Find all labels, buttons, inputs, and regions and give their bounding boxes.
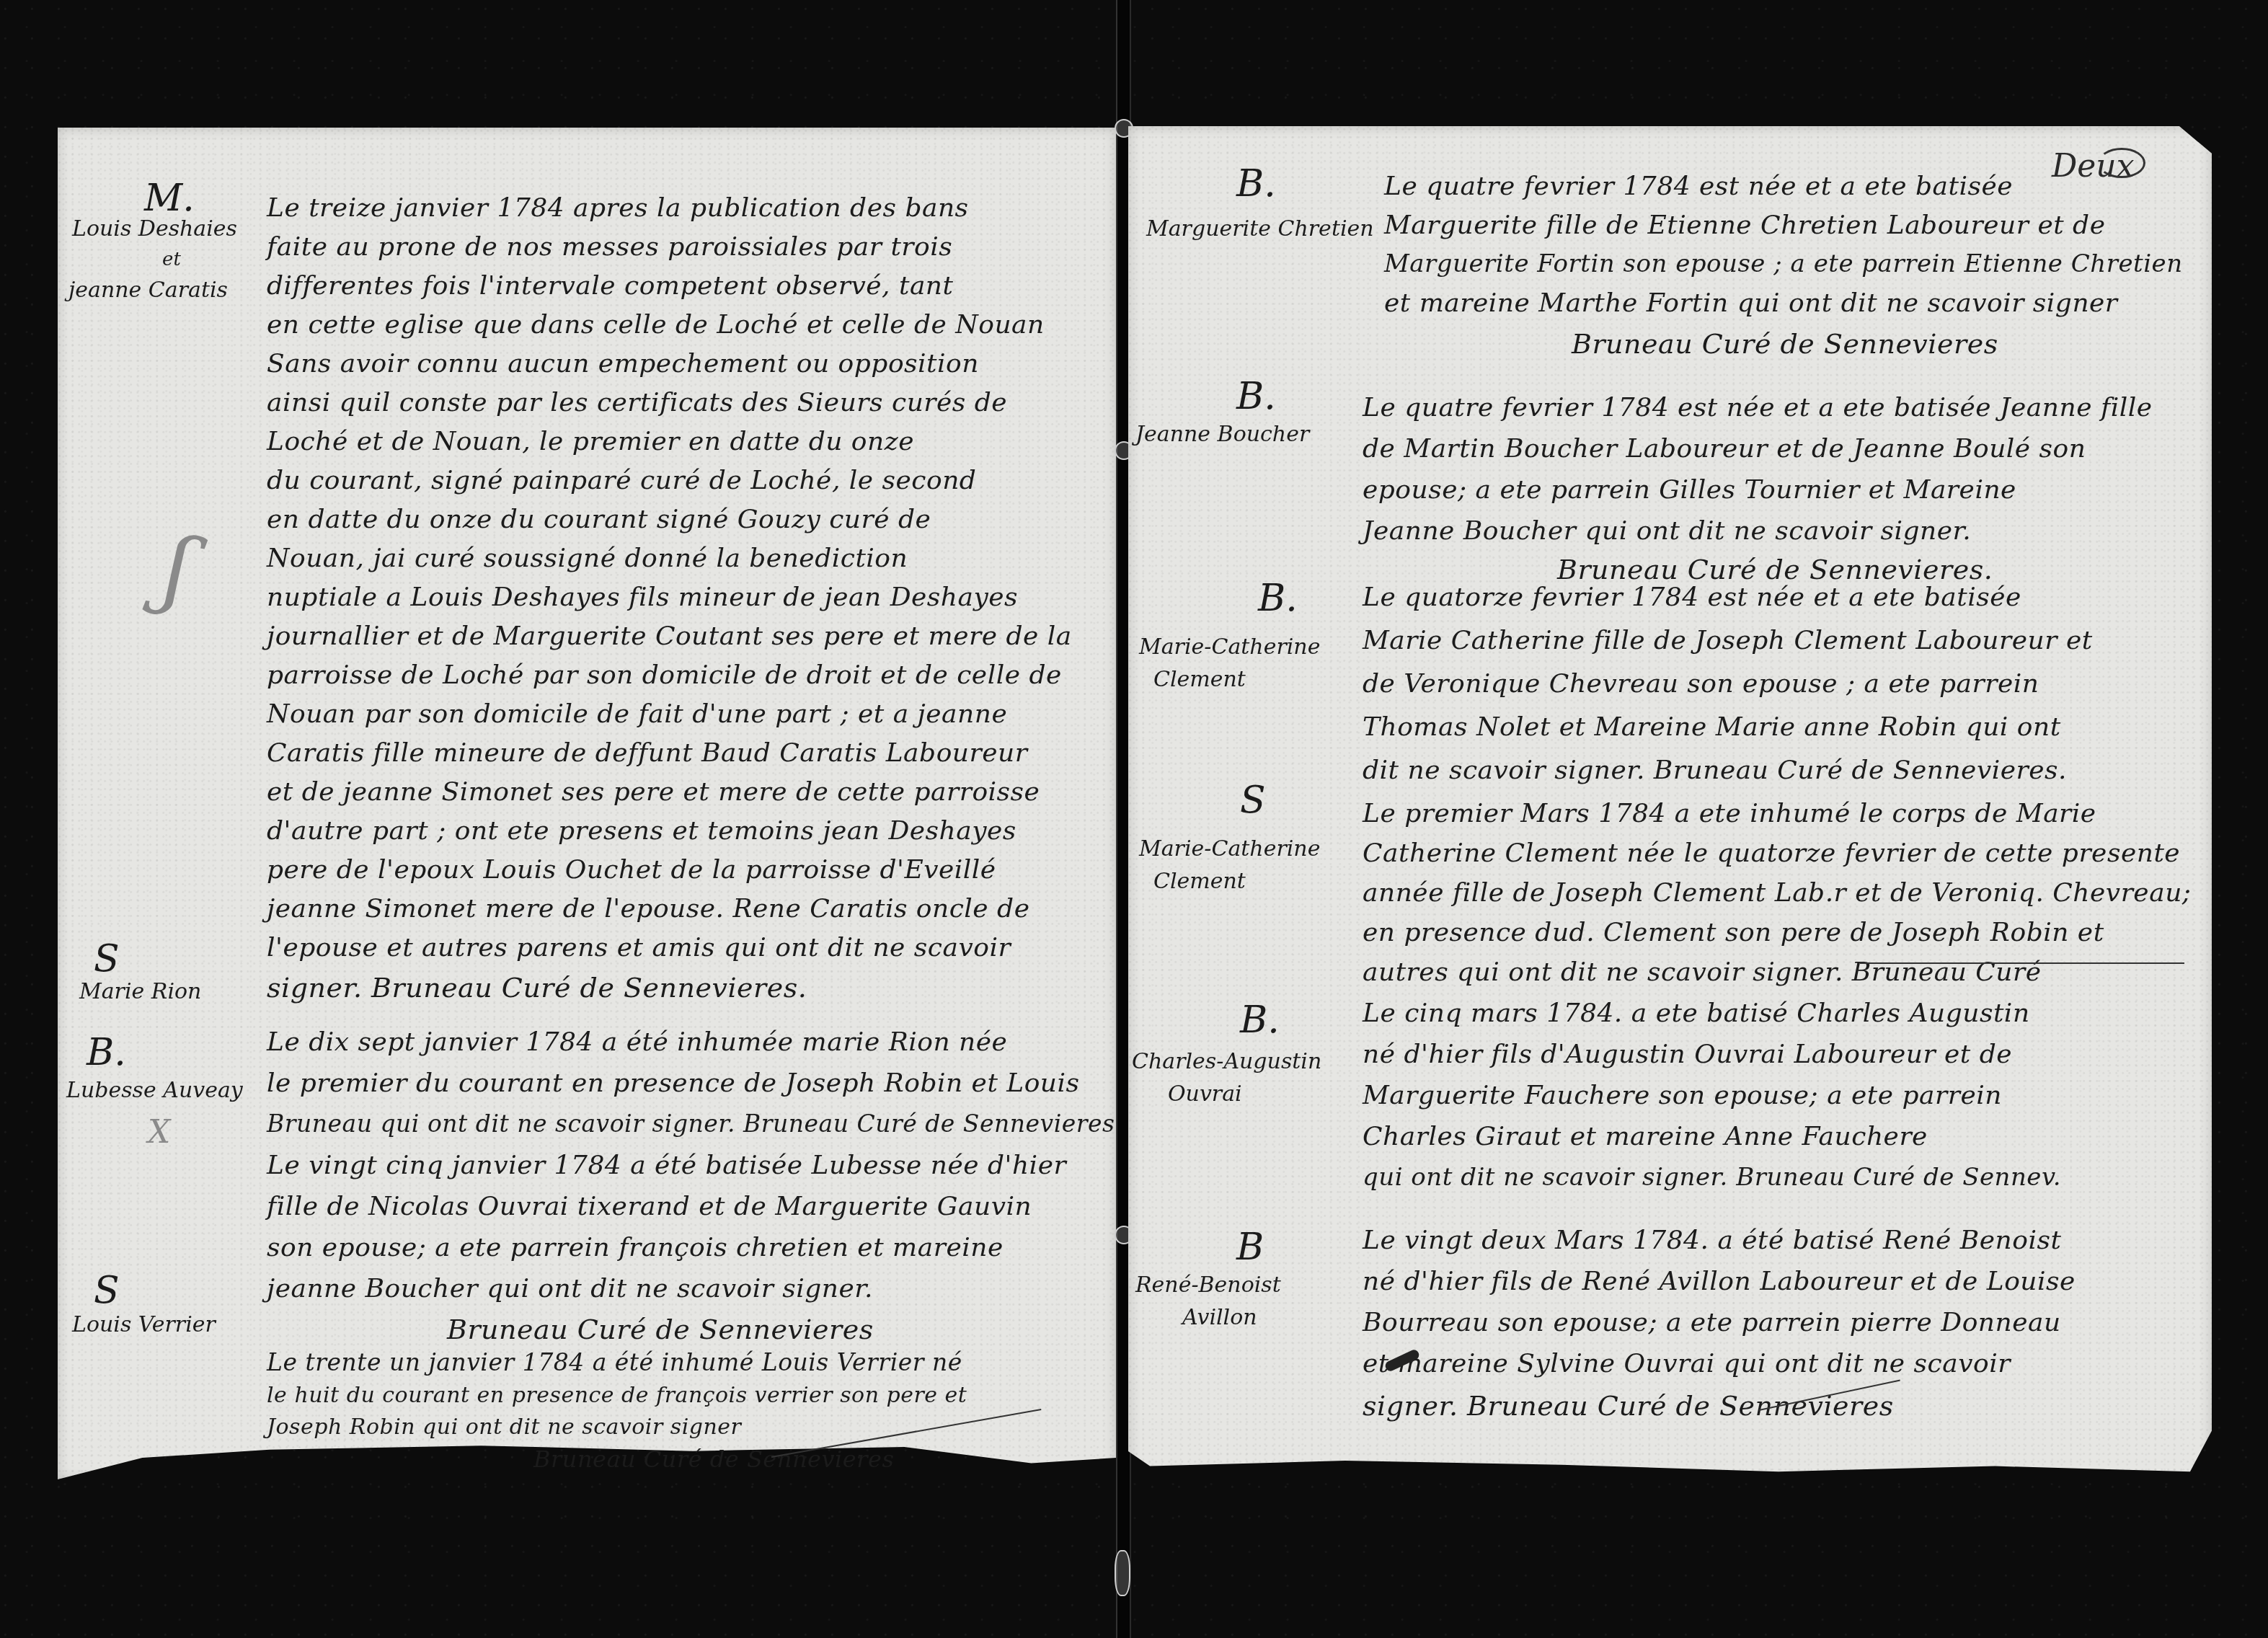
margin-name-conjunction: et xyxy=(162,249,181,270)
folio-flourish xyxy=(2098,148,2145,178)
entry-line: Le vingt cinq janvier 1784 a été batisée… xyxy=(267,1151,1066,1180)
margin-code-baptism: B. xyxy=(1240,999,1280,1042)
entry-line: Caratis fille mineure de deffunt Baud Ca… xyxy=(267,738,1027,768)
entry-line: pere de l'epoux Louis Ouchet de la parro… xyxy=(267,855,996,885)
entry-line: jeanne Boucher qui ont dit ne scavoir si… xyxy=(267,1274,873,1303)
entry-line: Le dix sept janvier 1784 a été inhumée m… xyxy=(267,1027,1007,1057)
entry-line: differentes fois l'intervale competent o… xyxy=(267,271,954,301)
entry-line: ainsi quil conste par les certificats de… xyxy=(267,388,1007,417)
margin-code-burial: S xyxy=(94,1269,120,1312)
entry-line: Marguerite fille de Etienne Chretien Lab… xyxy=(1384,211,2105,240)
entry-line: qui ont dit ne scavoir signer. Bruneau C… xyxy=(1363,1163,2061,1192)
entry-line: né d'hier fils d'Augustin Ouvrai Laboure… xyxy=(1363,1040,2012,1069)
entry-line: Bourreau son epouse; a ete parrein pierr… xyxy=(1363,1308,2061,1337)
entry-line: Le trente un janvier 1784 a été inhumé L… xyxy=(267,1348,962,1376)
entry-signature: signer. Bruneau Curé de Sennevieres. xyxy=(267,972,807,1004)
entry-line: et mareine Sylvine Ouvrai qui ont dit ne… xyxy=(1363,1349,2011,1378)
entry-line: de Veronique Chevreau son epouse ; a ete… xyxy=(1363,669,2039,699)
margin-code-baptism: B xyxy=(1236,1226,1264,1269)
entry-line: Marie Catherine fille de Joseph Clement … xyxy=(1363,626,2093,655)
margin-name-bride: jeanne Caratis xyxy=(68,278,228,303)
entry-line: Charles Giraut et mareine Anne Fauchere xyxy=(1363,1122,1928,1151)
margin-name: Clement xyxy=(1153,667,1246,692)
entry-line: Nouan par son domicile de fait d'une par… xyxy=(267,699,1007,729)
entry-signature: Bruneau Curé de Sennevieres xyxy=(1572,328,1998,360)
entry-line: Le quatre fevrier 1784 est née et a ete … xyxy=(1363,393,2153,422)
entry-line: l'epouse et autres parens et amis qui on… xyxy=(267,933,1011,962)
pencil-x-mark: X xyxy=(148,1114,170,1151)
entry-line: faite au prone de nos messes paroissiale… xyxy=(267,232,952,262)
entry-signature: Bruneau Curé de Sennevieres. xyxy=(1557,554,1993,585)
entry-line: né d'hier fils de René Avillon Laboureur… xyxy=(1363,1267,2076,1296)
entry-line: Le premier Mars 1784 a ete inhumé le cor… xyxy=(1363,799,2096,828)
margin-code-burial: S xyxy=(94,937,120,980)
entry-line: et de jeanne Simonet ses pere et mere de… xyxy=(267,777,1040,807)
entry-line: le huit du courant en presence de franço… xyxy=(267,1383,967,1408)
entry-line: en presence dud. Clement son pere de Jos… xyxy=(1363,918,2104,947)
entry-line: fille de Nicolas Ouvrai tixerand et de M… xyxy=(267,1192,1032,1221)
entry-line: Le treize janvier 1784 apres la publicat… xyxy=(267,193,969,223)
entry-line: Le vingt deux Mars 1784. a été batisé Re… xyxy=(1363,1226,2061,1255)
entry-line: Bruneau qui ont dit ne scavoir signer. B… xyxy=(267,1110,1115,1138)
margin-name: Marie Rion xyxy=(79,979,201,1004)
entry-line: Le quatorze fevrier 1784 est née et a et… xyxy=(1363,583,2021,612)
margin-code-baptism: B. xyxy=(87,1031,126,1074)
entry-line: son epouse; a ete parrein françois chret… xyxy=(267,1233,1004,1262)
entry-line: dit ne scavoir signer. Bruneau Curé de S… xyxy=(1363,756,2067,785)
entry-signature: signer. Bruneau Curé de Sennevieres xyxy=(1363,1390,1894,1422)
entry-line: d'autre part ; ont ete presens et temoin… xyxy=(267,816,1016,846)
entry-line: Joseph Robin qui ont dit ne scavoir sign… xyxy=(267,1415,741,1440)
margin-code-baptism: B. xyxy=(1236,162,1276,205)
entry-line: Nouan, jai curé soussigné donné la bened… xyxy=(267,544,908,573)
margin-name: Marguerite Chretien xyxy=(1146,216,1374,242)
entry-line: parroisse de Loché par son domicile de d… xyxy=(267,660,1062,690)
entry-line: journallier et de Marguerite Coutant ses… xyxy=(267,621,1072,651)
binding-thread xyxy=(1115,1550,1130,1596)
margin-name: Louis Verrier xyxy=(72,1312,216,1337)
entry-line: Sans avoir connu aucun empechement ou op… xyxy=(267,349,979,378)
entry-signature: Bruneau Curé de Sennevieres xyxy=(533,1446,894,1473)
entry-line: Le cinq mars 1784. a ete batisé Charles … xyxy=(1363,999,2030,1028)
margin-name: Jeanne Boucher xyxy=(1135,422,1309,447)
entry-line: en datte du onze du courant signé Gouzy … xyxy=(267,505,931,534)
margin-name: Ouvrai xyxy=(1168,1081,1242,1107)
margin-code-baptism: B. xyxy=(1236,375,1276,418)
entry-line: Marguerite Fortin son epouse ; a ete par… xyxy=(1384,249,2183,278)
entry-line: nuptiale a Louis Deshayes fils mineur de… xyxy=(267,583,1018,612)
margin-name-groom: Louis Deshaies xyxy=(72,216,237,242)
margin-code-burial: S xyxy=(1240,779,1266,822)
entry-line: Jeanne Boucher qui ont dit ne scavoir si… xyxy=(1363,516,1971,546)
entry-line: et mareine Marthe Fortin qui ont dit ne … xyxy=(1384,288,2118,318)
closing-rule xyxy=(1860,962,2184,964)
margin-name: Charles-Augustin xyxy=(1132,1049,1321,1074)
margin-name: Lubesse Auveay xyxy=(66,1078,243,1103)
entry-line: Catherine Clement née le quatorze fevrie… xyxy=(1363,838,2180,868)
margin-code-baptism: B. xyxy=(1258,577,1298,620)
entry-line: Marguerite Fauchere son epouse; a ete pa… xyxy=(1363,1081,2002,1110)
entry-line: en cette eglise que dans celle de Loché … xyxy=(267,310,1045,340)
entry-line: epouse; a ete parrein Gilles Tournier et… xyxy=(1363,475,2016,505)
entry-line: Loché et de Nouan, le premier en datte d… xyxy=(267,427,914,456)
margin-name: Marie-Catherine xyxy=(1139,634,1320,660)
margin-name: Marie-Catherine xyxy=(1139,836,1320,862)
entry-line: année fille de Joseph Clement Lab.r et d… xyxy=(1363,878,2191,908)
entry-line: le premier du courant en presence de Jos… xyxy=(267,1068,1080,1098)
margin-code-marriage: M. xyxy=(144,177,195,220)
entry-line: Thomas Nolet et Mareine Marie anne Robin… xyxy=(1363,712,2061,742)
entry-signature: Bruneau Curé de Sennevieres xyxy=(447,1314,874,1345)
entry-line: jeanne Simonet mere de l'epouse. Rene Ca… xyxy=(267,894,1029,924)
margin-name: Avillon xyxy=(1182,1305,1257,1330)
entry-line: de Martin Boucher Laboureur et de Jeanne… xyxy=(1363,434,2086,464)
margin-name: René-Benoist xyxy=(1135,1272,1281,1298)
entry-line: du courant, signé painparé curé de Loché… xyxy=(267,466,976,495)
entry-line: Le quatre fevrier 1784 est née et a ete … xyxy=(1384,172,2013,201)
margin-name: Clement xyxy=(1153,869,1246,894)
